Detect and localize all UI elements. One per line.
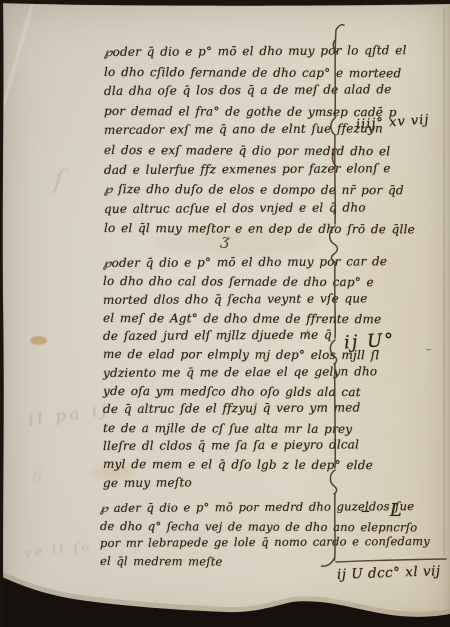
manuscript-line: por mr lebrapede ge lole q̄ nomo cardo e… [100, 533, 430, 553]
margin-amount-entry-3: – L [361, 500, 409, 521]
margin-amount-entry-2-dash: – [426, 343, 432, 356]
manuscript-line: ℘oder q̄ dio e p° mō el dho muy por car … [103, 252, 387, 272]
manuscript-line: dla dha oſe q̄ los dos q̄ a de meſ de al… [104, 80, 415, 101]
manuscript-entry-1: ℘oder q̄ dio e p° mō el dho muy por lo q… [104, 43, 415, 239]
manuscript-line: que altruc acſue el dos vnjed e el q̄ dh… [104, 198, 415, 219]
manuscript-entry-2: ℘oder q̄ dio e p° mō el dho muy por car … [103, 254, 387, 492]
manuscript-line: lo el q̄l muy meſtor e en dep de dho ſrō… [104, 219, 415, 240]
manuscript-line: ge muy meſto [103, 472, 387, 492]
manuscript-line: dad e lulerfue ffz exmenes por fazer elo… [104, 159, 415, 180]
manuscript-line: ℘oder q̄ dio e p° mō el dho muy por lo q… [104, 41, 415, 62]
orange-stain [30, 336, 47, 345]
scanned-manuscript-page: il pa ij ſ ve ll ſo † ij ℘oder q̄ dio e … [0, 0, 450, 627]
manuscript-line: morted dlos dho q̄ ſecha veynt e vſe que [103, 289, 387, 309]
manuscript-line: lleſre dl cldos q̄ me ſa ſa e pieyro dlc… [103, 435, 387, 455]
manuscript-line: de q̄ altruc ſde el ffzyuj q̄ vero ym me… [103, 399, 387, 419]
margin-amount-entry-2: ij U° [343, 330, 395, 354]
manuscript-line: ydziento me q̄ me de elae el qe gelyn dh… [103, 362, 387, 382]
